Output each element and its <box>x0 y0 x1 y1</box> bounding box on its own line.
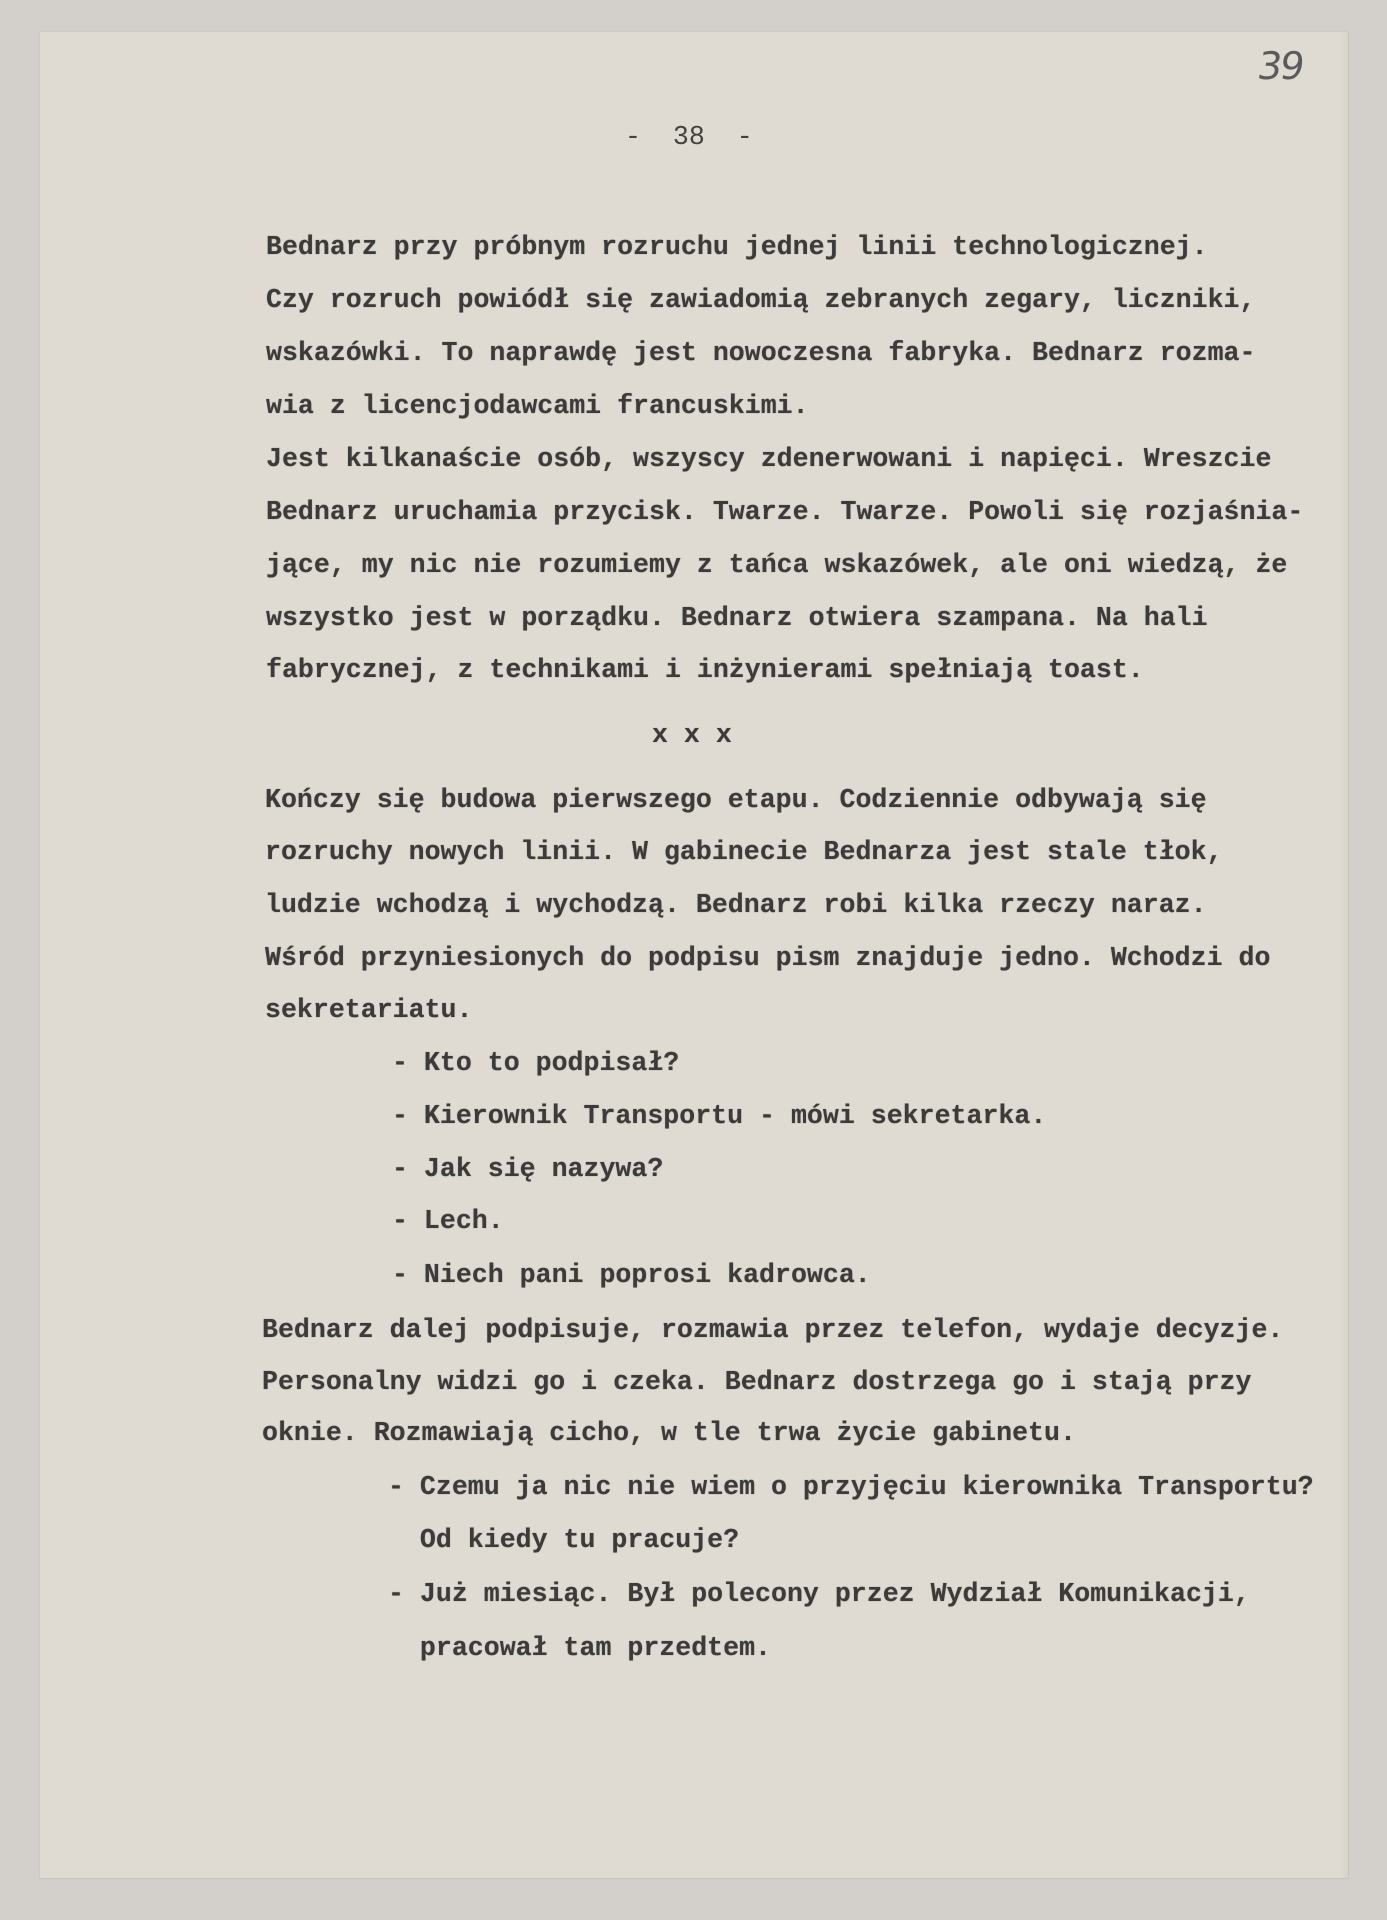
text-line: fabrycznej, z technikami i inżynierami s… <box>266 655 1144 685</box>
dialogue-line: - Już miesiąc. Był polecony przez Wydzia… <box>388 1579 1250 1609</box>
text-line: Wśród przyniesionych do podpisu pism zna… <box>265 943 1270 973</box>
dialogue-line: pracował tam przedtem. <box>388 1633 771 1663</box>
dialogue-line: - Lech. <box>392 1206 504 1236</box>
dialogue-line: - Jak się nazywa? <box>392 1154 663 1184</box>
text-line: oknie. Rozmawiają cicho, w tle trwa życi… <box>262 1418 1076 1448</box>
text-line: Personalny widzi go i czeka. Bednarz dos… <box>262 1367 1251 1397</box>
text-line: sekretariatu. <box>265 995 472 1025</box>
text-line: wszystko jest w porządku. Bednarz otwier… <box>266 603 1208 633</box>
dialogue-line: - Czemu ja nic nie wiem o przyjęciu kier… <box>388 1472 1314 1502</box>
dialogue-line: Od kiedy tu pracuje? <box>388 1525 739 1555</box>
dialogue-line: - Kierownik Transportu - mówi sekretarka… <box>392 1101 1046 1131</box>
dialogue-line: - Niech pani poprosi kadrowca. <box>392 1260 871 1290</box>
text-line: Bednarz dalej podpisuje, rozmawia przez … <box>262 1315 1283 1345</box>
text-line: wskazówki. To naprawdę jest nowoczesna f… <box>266 338 1255 368</box>
archive-page-number: 39 <box>1255 44 1306 88</box>
text-line: Jest kilkanaście osób, wszyscy zdenerwow… <box>266 444 1271 474</box>
dialogue-line: - Kto to podpisał? <box>392 1048 679 1078</box>
text-line: jące, my nic nie rozumiemy z tańca wskaz… <box>266 550 1287 580</box>
text-line: Kończy się budowa pierwszego etapu. Codz… <box>265 785 1207 815</box>
text-line: wia z licencjodawcami francuskimi. <box>266 391 809 421</box>
text-line: ludzie wchodzą i wychodzą. Bednarz robi … <box>265 890 1207 920</box>
text-line: Bednarz przy próbnym rozruchu jednej lin… <box>266 232 1208 262</box>
section-divider: x x x <box>652 720 732 750</box>
text-line: Bednarz uruchamia przycisk. Twarze. Twar… <box>266 497 1303 527</box>
text-line: rozruchy nowych linii. W gabinecie Bedna… <box>265 837 1223 867</box>
typed-page-number: - 38 - <box>625 122 753 152</box>
text-line: Czy rozruch powiódł się zawiadomią zebra… <box>266 285 1255 315</box>
